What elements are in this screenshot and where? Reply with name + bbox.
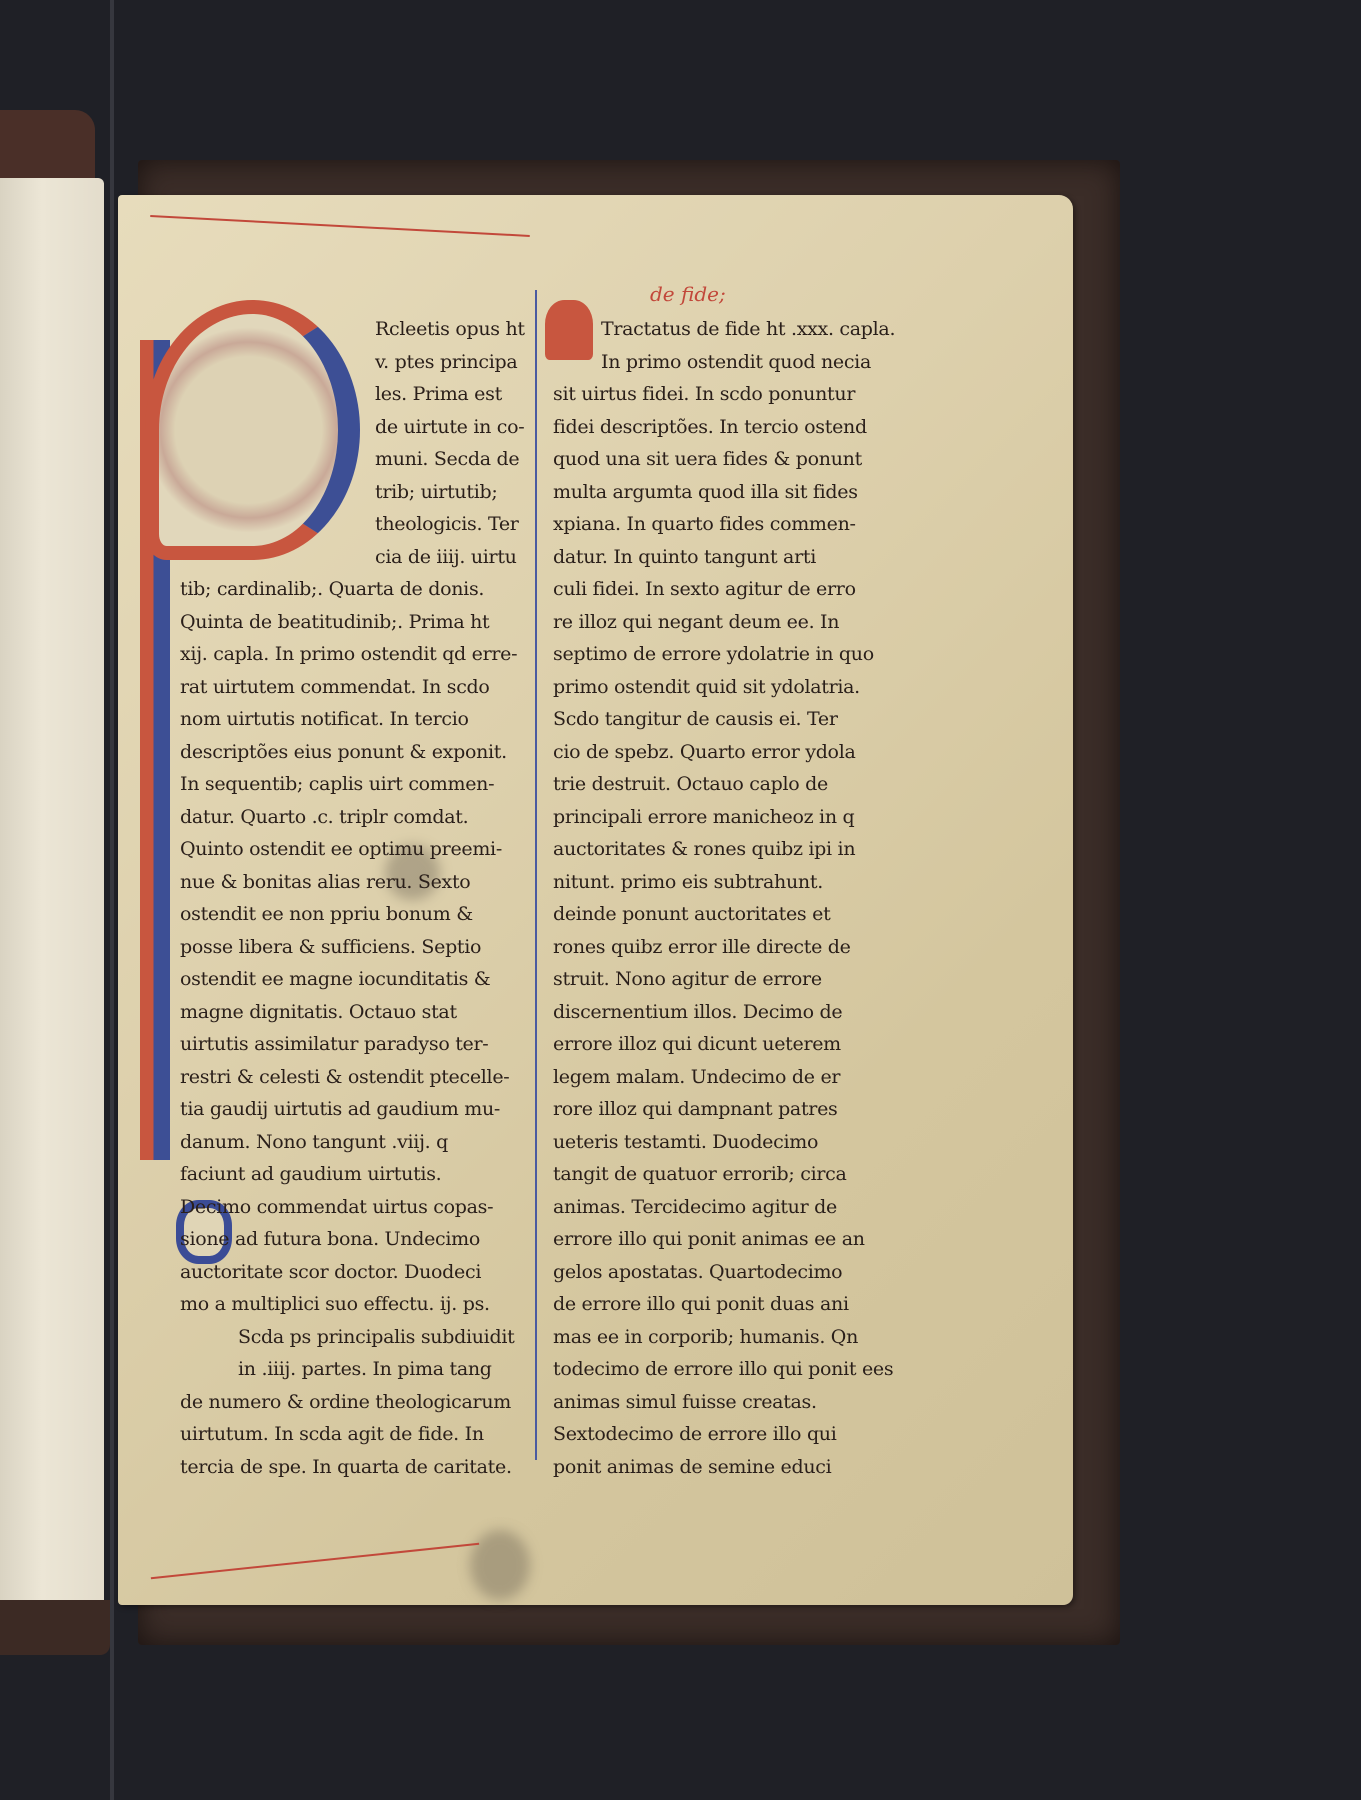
- left-binding-bottom: [0, 1600, 110, 1655]
- text-line: nitunt. primo eis subtrahunt.: [553, 866, 903, 899]
- text-line: sione ad futura bona. Undecimo: [180, 1223, 540, 1256]
- text-line: legem malam. Undecimo de er: [553, 1061, 903, 1094]
- text-line: Scdo tangitur de causis ei. Ter: [553, 703, 903, 736]
- text-line: tia gaudij uirtutis ad gaudium mu-: [180, 1093, 540, 1126]
- text-line: animas simul fuisse creatas.: [553, 1386, 903, 1419]
- text-line: auctoritates & rones quibz ipi in: [553, 833, 903, 866]
- rubric-heading: de fide;: [650, 282, 726, 306]
- text-line: uirtutis assimilatur paradyso ter-: [180, 1028, 540, 1061]
- text-line: Decimo commendat uirtus copas-: [180, 1191, 540, 1224]
- text-line: datur. In quinto tangunt arti: [553, 541, 903, 574]
- text-line: Tractatus de fide ht .xxx. capla.: [553, 313, 903, 346]
- text-line: struit. Nono agitur de errore: [553, 963, 903, 996]
- text-line: faciunt ad gaudium uirtutis.: [180, 1158, 540, 1191]
- text-line: posse libera & sufficiens. Septio: [180, 931, 540, 964]
- text-line: In sequentib; caplis uirt commen-: [180, 768, 540, 801]
- text-line: culi fidei. In sexto agitur de erro: [553, 573, 903, 606]
- text-line: Quinto ostendit ee optimu preemi-: [180, 833, 540, 866]
- text-line: tercia de spe. In quarta de caritate.: [180, 1451, 540, 1484]
- text-column-left: Rcleetis opus ht v. ptes principa les. P…: [180, 313, 540, 1483]
- text-line: danum. Nono tangunt .viij. q: [180, 1126, 540, 1159]
- text-line: errore illo qui ponit animas ee an: [553, 1223, 903, 1256]
- text-line: restri & celesti & ostendit ptecelle-: [180, 1061, 540, 1094]
- text-line: tib; cardinalib;. Quarta de donis.: [180, 573, 540, 606]
- text-line: de numero & ordine theologicarum: [180, 1386, 540, 1419]
- text-line: cio de spebz. Quarto error ydola: [553, 736, 903, 769]
- text-line: deinde ponunt auctoritates et: [553, 898, 903, 931]
- text-line: Sextodecimo de errore illo qui: [553, 1418, 903, 1451]
- text-line: errore illoz qui dicunt ueterem: [553, 1028, 903, 1061]
- text-line: nue & bonitas alias reru. Sexto: [180, 866, 540, 899]
- text-column-right: Tractatus de fide ht .xxx. capla. In pri…: [553, 313, 903, 1483]
- text-line: todecimo de errore illo qui ponit ees: [553, 1353, 903, 1386]
- text-line: rore illoz qui dampnant patres: [553, 1093, 903, 1126]
- text-line: theologicis. Ter: [180, 508, 540, 541]
- text-line: animas. Tercidecimo agitur de: [553, 1191, 903, 1224]
- stain: [470, 1530, 530, 1600]
- text-line: descriptões eius ponunt & exponit.: [180, 736, 540, 769]
- text-line: magne dignitatis. Octauo stat: [180, 996, 540, 1029]
- text-line: tangit de quatuor errorib; circa: [553, 1158, 903, 1191]
- text-line: fidei descriptões. In tercio ostend: [553, 411, 903, 444]
- text-line: mas ee in corporib; humanis. Qn: [553, 1321, 903, 1354]
- text-line: quod una sit uera fides & ponunt: [553, 443, 903, 476]
- text-line: re illoz qui negant deum ee. In: [553, 606, 903, 639]
- text-line: ueteris testamti. Duodecimo: [553, 1126, 903, 1159]
- text-line: xpiana. In quarto fides commen-: [553, 508, 903, 541]
- text-line: sit uirtus fidei. In scdo ponuntur: [553, 378, 903, 411]
- text-line: nom uirtutis notificat. In tercio: [180, 703, 540, 736]
- text-line: mo a multiplici suo effectu. ij. ps.: [180, 1288, 540, 1321]
- glass-plate-edge: [110, 0, 114, 1800]
- text-line: ostendit ee magne iocunditatis &: [180, 963, 540, 996]
- text-line: uirtutum. In scda agit de fide. In: [180, 1418, 540, 1451]
- text-line: discernentium illos. Decimo de: [553, 996, 903, 1029]
- text-line: de errore illo qui ponit duas ani: [553, 1288, 903, 1321]
- text-line: principali errore manicheoz in q: [553, 801, 903, 834]
- text-line: ostendit ee non ppriu bonum &: [180, 898, 540, 931]
- text-line: v. ptes principa: [180, 346, 540, 379]
- text-line: ponit animas de semine educi: [553, 1451, 903, 1484]
- text-line: Quinta de beatitudinib;. Prima ht: [180, 606, 540, 639]
- text-line: in .iiij. partes. In pima tang: [180, 1353, 540, 1386]
- text-line: rones quibz error ille directe de: [553, 931, 903, 964]
- text-line: de uirtute in co-: [180, 411, 540, 444]
- text-line: In primo ostendit quod necia: [553, 346, 903, 379]
- text-line: muni. Secda de: [180, 443, 540, 476]
- text-line: septimo de errore ydolatrie in quo: [553, 638, 903, 671]
- text-line: les. Prima est: [180, 378, 540, 411]
- text-line: Scda ps principalis subdiuidit: [180, 1321, 540, 1354]
- text-line: trie destruit. Octauo caplo de: [553, 768, 903, 801]
- text-line: datur. Quarto .c. triplr comdat.: [180, 801, 540, 834]
- text-line: primo ostendit quid sit ydolatria.: [553, 671, 903, 704]
- text-line: multa argumta quod illa sit fides: [553, 476, 903, 509]
- text-line: rat uirtutem commendat. In scdo: [180, 671, 540, 704]
- text-line: auctoritate scor doctor. Duodeci: [180, 1256, 540, 1289]
- left-facing-page: [0, 178, 104, 1618]
- text-line: cia de iiij. uirtu: [180, 541, 540, 574]
- text-line: Rcleetis opus ht: [180, 313, 540, 346]
- text-line: trib; uirtutib;: [180, 476, 540, 509]
- text-line: xij. capla. In primo ostendit qd erre-: [180, 638, 540, 671]
- text-line: gelos apostatas. Quartodecimo: [553, 1256, 903, 1289]
